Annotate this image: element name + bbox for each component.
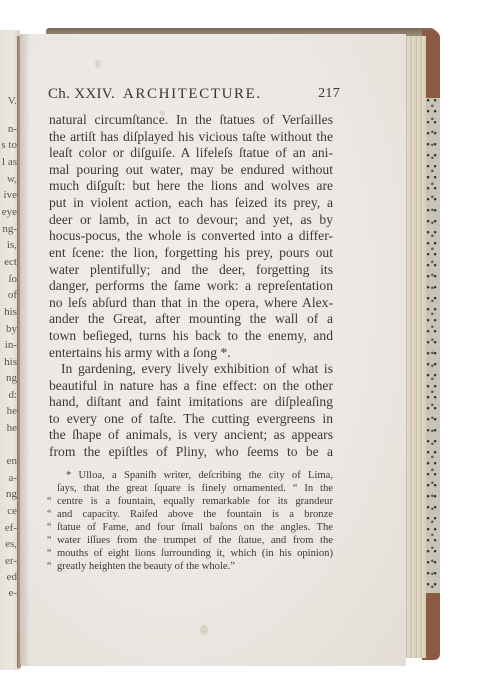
- foxing-spot: [95, 60, 101, 68]
- page-edges: [404, 36, 426, 658]
- text-line: entertains his army with a ſong *.: [49, 345, 333, 361]
- quote-mark: “: [47, 535, 51, 547]
- left-fragment: w,: [7, 173, 17, 185]
- text-line: hand, diſtant and faint imitations are d…: [49, 394, 333, 410]
- left-fragment: by: [6, 323, 17, 335]
- quote-mark: “: [47, 548, 51, 560]
- left-fragment: ive: [4, 189, 17, 201]
- left-fragment: eye: [2, 206, 17, 218]
- left-fragment: en: [7, 455, 17, 467]
- left-fragment: his: [4, 356, 17, 368]
- left-fragment: er-: [5, 555, 17, 567]
- text-line: natural circumſtance. In the ſtatues of …: [49, 112, 333, 128]
- text-line: the artiſt has diſplayed his vicious taſ…: [49, 129, 333, 145]
- footnote-line: “ſtatue of Fame, and four ſmall baſons o…: [57, 522, 333, 534]
- chapter-title: ARCHITECTURE.: [123, 86, 262, 103]
- left-fragment: s to: [1, 139, 17, 151]
- left-fragment: n-: [8, 123, 17, 135]
- text-line: to every one of taſte. The cutting everg…: [49, 411, 333, 427]
- text-line: mal pouring out water, may be endured wi…: [49, 162, 333, 178]
- left-fragment: his: [4, 306, 17, 318]
- footnote-line: “water iſſues from the trumpet of the ſt…: [57, 535, 333, 547]
- quote-mark: “: [47, 496, 51, 508]
- footnote-line: “greatly heighten the beauty of the whol…: [57, 561, 333, 573]
- text-line: leaſt color or diſguiſe. A lifeleſs ſtat…: [49, 145, 333, 161]
- text-line: deer or lamb, in act to devour; and yet,…: [49, 212, 333, 228]
- footnote-line: ſays, that the great ſquare is finely or…: [57, 483, 333, 495]
- left-fragment: is,: [7, 239, 17, 251]
- text-line: from the epiſtles of Pliny, who ſeems to…: [49, 444, 333, 460]
- left-fragment: of: [8, 289, 17, 301]
- left-fragment: ed: [7, 571, 17, 583]
- marbled-board: [426, 98, 440, 593]
- left-fragment: ng: [6, 372, 17, 384]
- left-fragment: he: [7, 422, 17, 434]
- left-fragment: ng: [6, 488, 17, 500]
- text-line: water plentifully; and the deer, forgett…: [49, 262, 333, 278]
- quote-mark: “: [47, 522, 51, 534]
- text-line: ent ſcene: the lion, forgetting his prey…: [49, 245, 333, 261]
- footnote-line: * Ulloa, a Spaniſh writer, deſcribing th…: [66, 470, 333, 482]
- text-line: put in violent action, each has ſeized i…: [49, 195, 333, 211]
- quote-mark: “: [47, 509, 51, 521]
- text-line: town beſieged, turns his back to the ene…: [49, 328, 333, 344]
- left-fragment: a-: [8, 472, 17, 484]
- text-line: danger, performs the ſame work: a repreſ…: [49, 278, 333, 294]
- left-fragment: ef-: [5, 522, 17, 534]
- text-line: the ſhape of animals, is very ancient; a…: [49, 427, 333, 443]
- left-fragment: ſo: [8, 273, 17, 285]
- left-fragment: d:: [8, 389, 17, 401]
- text-line: beautiful in nature has a fine effect: o…: [49, 378, 333, 394]
- text-line: much diſguſt: but here the lions and wol…: [49, 178, 333, 194]
- quote-mark: “: [47, 561, 51, 573]
- chapter-label: Ch. XXIV.: [48, 86, 115, 103]
- footnote-line: “and capacity. Raiſed above the fountain…: [57, 509, 333, 521]
- left-fragment: he: [7, 405, 17, 417]
- page-shadow: [20, 34, 30, 666]
- page-number: 217: [318, 86, 340, 102]
- left-fragment: V.: [8, 95, 17, 107]
- text-line: ander the Great, after mounting the wall…: [49, 311, 333, 327]
- text-line: In gardening, every lively exhibition of…: [49, 361, 333, 377]
- left-page-text-fragments: V. n- s to l as w, ive eye ng- is, ect ſ…: [0, 30, 18, 670]
- footnote-line: “centre is a fountain, equally remarkabl…: [57, 496, 333, 508]
- left-fragment: l as: [2, 156, 17, 168]
- running-head: Ch. XXIV. ARCHITECTURE. 217: [48, 86, 340, 106]
- text-line: no leſs abſurd than that in the opera, w…: [49, 295, 333, 311]
- left-fragment: ect: [4, 256, 17, 268]
- left-fragment: in-: [5, 339, 17, 351]
- left-fragment: ng-: [2, 223, 17, 235]
- left-fragment: ce: [7, 505, 17, 517]
- left-fragment: e-: [8, 587, 17, 599]
- footnote-line: “mouths of eight lions ſurrounding it, w…: [57, 548, 333, 560]
- left-fragment: es,: [5, 538, 17, 550]
- text-line: hocus-pocus, the whole is converted into…: [49, 228, 333, 244]
- foxing-spot: [200, 625, 208, 635]
